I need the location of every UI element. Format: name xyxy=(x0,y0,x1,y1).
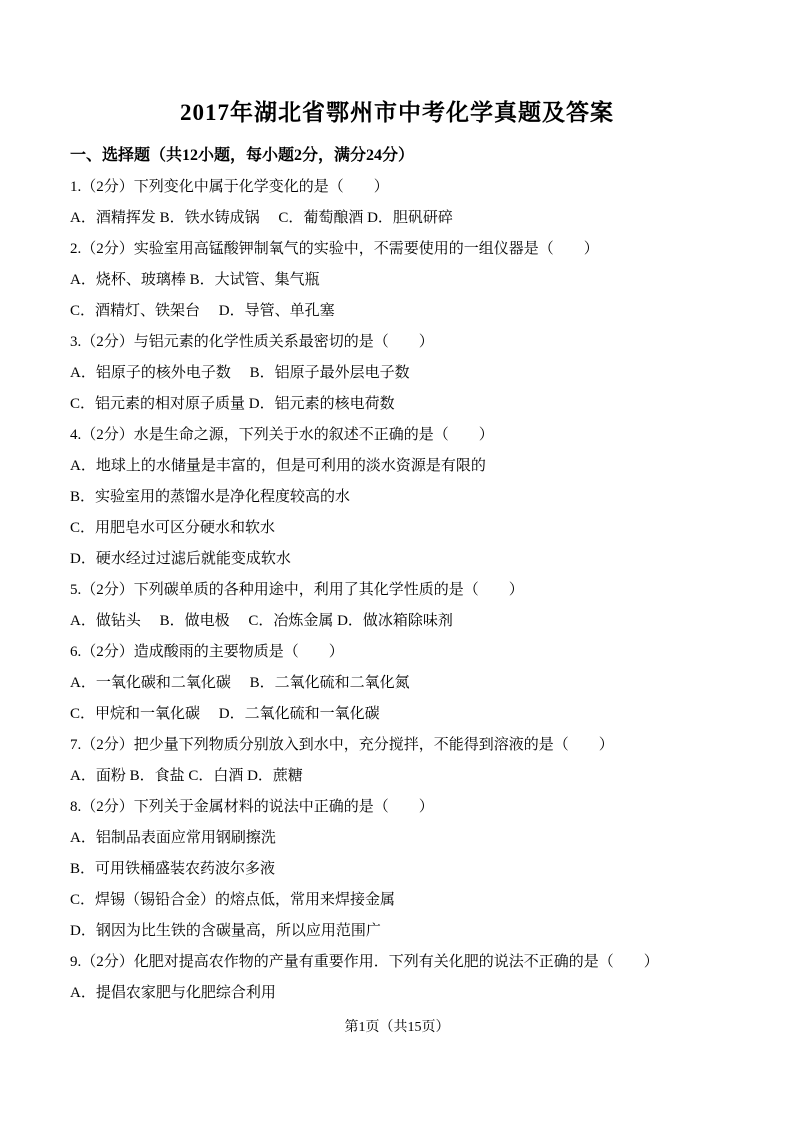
option-line: C．甲烷和一氧化碳 D．二氧化硫和一氧化碳 xyxy=(70,699,724,730)
option-line: A．铝原子的核外电子数 B．铝原子最外层电子数 xyxy=(70,358,724,389)
page-footer: 第1页（共15页） xyxy=(0,1018,794,1038)
option-line: D．硬水经过过滤后就能变成软水 xyxy=(70,544,724,575)
question-stem: 7.（2分）把少量下列物质分别放入到水中，充分搅拌，不能得到溶液的是（ ） xyxy=(70,730,724,761)
question-block: 5.（2分）下列碳单质的各种用途中，利用了其化学性质的是（ ） A．做钻头 B．… xyxy=(70,575,724,637)
option-line: C．焊锡（锡铅合金）的熔点低，常用来焊接金属 xyxy=(70,885,724,916)
document-page: 2017年湖北省鄂州市中考化学真题及答案 一、选择题（共12小题，每小题2分，满… xyxy=(0,0,794,1123)
question-block: 2.（2分）实验室用高锰酸钾制氧气的实验中，不需要使用的一组仪器是（ ） A．烧… xyxy=(70,234,724,327)
question-stem: 8.（2分）下列关于金属材料的说法中正确的是（ ） xyxy=(70,792,724,823)
option-line: A．烧杯、玻璃棒 B．大试管、集气瓶 xyxy=(70,265,724,296)
question-block: 4.（2分）水是生命之源，下列关于水的叙述不正确的是（ ） A．地球上的水储量是… xyxy=(70,420,724,575)
option-line: C．铝元素的相对原子质量 D．铝元素的核电荷数 xyxy=(70,389,724,420)
option-line: A．提倡农家肥与化肥综合利用 xyxy=(70,978,724,1009)
option-line: C．酒精灯、铁架台 D．导管、单孔塞 xyxy=(70,296,724,327)
option-line: B．可用铁桶盛装农药波尔多液 xyxy=(70,854,724,885)
question-stem: 1.（2分）下列变化中属于化学变化的是（ ） xyxy=(70,172,724,203)
question-block: 6.（2分）造成酸雨的主要物质是（ ） A．一氧化碳和二氧化碳 B．二氧化硫和二… xyxy=(70,637,724,730)
option-line: A．一氧化碳和二氧化碳 B．二氧化硫和二氧化氮 xyxy=(70,668,724,699)
question-list: 1.（2分）下列变化中属于化学变化的是（ ） A．酒精挥发 B．铁水铸成锅 C．… xyxy=(70,172,724,1009)
option-line: B．实验室用的蒸馏水是净化程度较高的水 xyxy=(70,482,724,513)
option-line: D．钢因为比生铁的含碳量高，所以应用范围广 xyxy=(70,916,724,947)
question-block: 3.（2分）与铝元素的化学性质关系最密切的是（ ） A．铝原子的核外电子数 B．… xyxy=(70,327,724,420)
question-stem: 9.（2分）化肥对提高农作物的产量有重要作用．下列有关化肥的说法不正确的是（ ） xyxy=(70,947,724,978)
question-stem: 5.（2分）下列碳单质的各种用途中，利用了其化学性质的是（ ） xyxy=(70,575,724,606)
question-stem: 2.（2分）实验室用高锰酸钾制氧气的实验中，不需要使用的一组仪器是（ ） xyxy=(70,234,724,265)
question-block: 8.（2分）下列关于金属材料的说法中正确的是（ ） A．铝制品表面应常用钢刷擦洗… xyxy=(70,792,724,947)
page-content: 2017年湖北省鄂州市中考化学真题及答案 一、选择题（共12小题，每小题2分，满… xyxy=(0,0,794,1009)
section-heading: 一、选择题（共12小题，每小题2分，满分24分） xyxy=(70,144,724,168)
question-block: 1.（2分）下列变化中属于化学变化的是（ ） A．酒精挥发 B．铁水铸成锅 C．… xyxy=(70,172,724,234)
question-block: 7.（2分）把少量下列物质分别放入到水中，充分搅拌，不能得到溶液的是（ ） A．… xyxy=(70,730,724,792)
option-line: A．面粉 B．食盐 C．白酒 D．蔗糖 xyxy=(70,761,724,792)
option-line: A．做钻头 B．做电极 C．冶炼金属 D．做冰箱除味剂 xyxy=(70,606,724,637)
question-block: 9.（2分）化肥对提高农作物的产量有重要作用．下列有关化肥的说法不正确的是（ ）… xyxy=(70,947,724,1009)
question-stem: 4.（2分）水是生命之源，下列关于水的叙述不正确的是（ ） xyxy=(70,420,724,451)
option-line: A．地球上的水储量是丰富的，但是可利用的淡水资源是有限的 xyxy=(70,451,724,482)
page-title: 2017年湖北省鄂州市中考化学真题及答案 xyxy=(70,0,724,130)
option-line: C．用肥皂水可区分硬水和软水 xyxy=(70,513,724,544)
option-line: A．酒精挥发 B．铁水铸成锅 C．葡萄酿酒 D．胆矾研碎 xyxy=(70,203,724,234)
question-stem: 3.（2分）与铝元素的化学性质关系最密切的是（ ） xyxy=(70,327,724,358)
question-stem: 6.（2分）造成酸雨的主要物质是（ ） xyxy=(70,637,724,668)
option-line: A．铝制品表面应常用钢刷擦洗 xyxy=(70,823,724,854)
